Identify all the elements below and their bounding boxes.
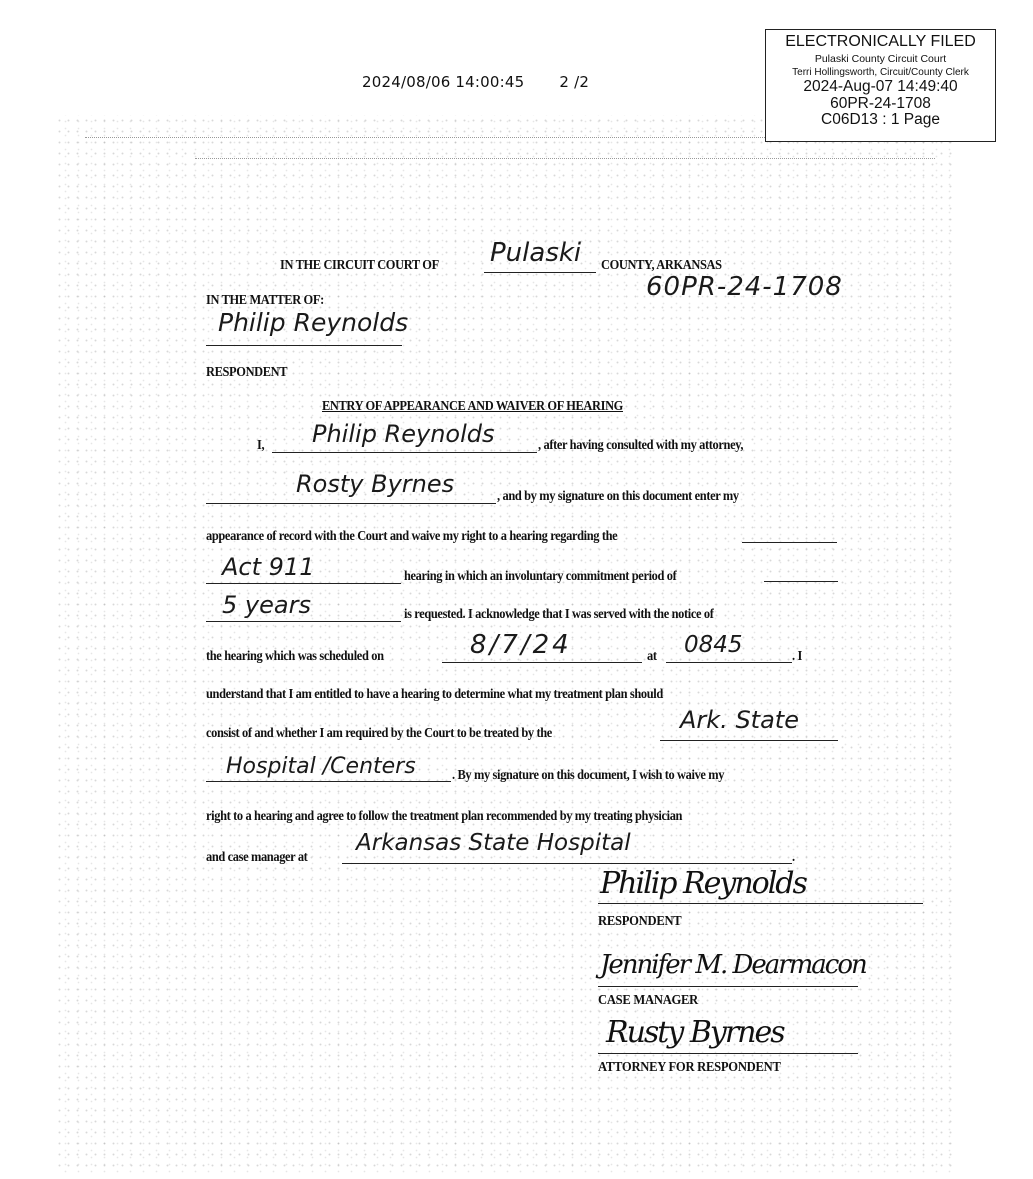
line6-time: 0845	[684, 632, 743, 658]
line6-date: 8/7/24	[470, 630, 572, 660]
line6-at: at	[647, 648, 657, 664]
line3-blank	[742, 542, 837, 543]
fax-artifact-line	[85, 137, 765, 138]
fax-artifact-line	[195, 158, 935, 159]
stamp-court: Pulaski County Circuit Court	[766, 54, 995, 65]
respondent-label: RESPONDENT	[206, 364, 287, 380]
line6-prefix: the hearing which was scheduled on	[206, 648, 384, 664]
fax-timestamp: 2024/08/06 14:00:45	[362, 73, 524, 91]
stamp-doc-info: C06D13 : 1 Page	[766, 112, 995, 128]
line6-suffix: . I	[792, 648, 802, 664]
case-manager-signature-line	[598, 986, 858, 987]
attorney-signature: Rusty Byrnes	[606, 1015, 784, 1050]
line9-fill: Hospital /Centers	[226, 754, 416, 779]
line4-fill: Act 911	[222, 553, 314, 581]
court-suffix: COUNTY, ARKANSAS	[601, 257, 722, 273]
line6-date-blank	[442, 662, 642, 663]
respondent-name-blank	[206, 345, 402, 346]
fax-page-number: 2 /2	[559, 73, 589, 91]
line1-prefix: I,	[257, 437, 264, 453]
line10-text: right to a hearing and agree to follow t…	[206, 808, 682, 824]
matter-label: IN THE MATTER OF:	[206, 292, 324, 308]
attorney-signature-label: ATTORNEY FOR RESPONDENT	[598, 1060, 781, 1076]
line8-prefix: consist of and whether I am required by …	[206, 725, 552, 741]
county-blank	[484, 272, 596, 273]
line2-fill: Rosty Byrnes	[296, 470, 454, 498]
document-title: ENTRY OF APPEARANCE AND WAIVER OF HEARIN…	[322, 398, 623, 414]
line4-blank	[206, 583, 401, 584]
county-handwritten: Pulaski	[490, 238, 581, 268]
attorney-signature-line	[598, 1053, 858, 1054]
line5-suffix: is requested. I acknowledge that I was s…	[404, 606, 713, 622]
respondent-signature: Philip Reynolds	[600, 866, 806, 901]
respondent-name-handwritten: Philip Reynolds	[218, 308, 408, 337]
case-manager-signature-label: CASE MANAGER	[598, 993, 698, 1009]
line11-blank	[342, 863, 792, 864]
respondent-signature-label: RESPONDENT	[598, 914, 681, 930]
line11-prefix: and case manager at	[206, 849, 307, 865]
case-number-handwritten: 60PR-24-1708	[646, 272, 843, 302]
line8-fill: Ark. State	[680, 706, 799, 734]
stamp-title: ELECTRONICALLY FILED	[766, 34, 995, 51]
line11-fill: Arkansas State Hospital	[356, 830, 631, 856]
line6-time-blank	[666, 662, 792, 663]
stamp-clerk: Terri Hollingsworth, Circuit/County Cler…	[766, 68, 995, 79]
court-prefix: IN THE CIRCUIT COURT OF	[280, 257, 439, 273]
line4-suffix: hearing in which an involuntary commitme…	[404, 568, 676, 584]
fax-header: 2024/08/06 14:00:45 2 /2	[362, 73, 589, 91]
line11-suffix: .	[792, 849, 795, 865]
line1-suffix: , after having consulted with my attorne…	[538, 437, 743, 453]
line9-blank	[206, 781, 451, 782]
case-manager-signature: Jennifer M. Dearmacon	[600, 950, 866, 980]
stamp-datetime: 2024-Aug-07 14:49:40	[766, 79, 995, 95]
line8-blank	[660, 740, 838, 741]
line5-fill: 5 years	[222, 591, 311, 619]
line1-fill: Philip Reynolds	[312, 420, 495, 448]
line1-blank	[272, 452, 537, 453]
line9-suffix: . By my signature on this document, I wi…	[452, 767, 724, 783]
stamp-case-number: 60PR-24-1708	[766, 96, 995, 112]
line2-blank	[206, 503, 496, 504]
electronic-filing-stamp: ELECTRONICALLY FILED Pulaski County Circ…	[765, 29, 996, 142]
respondent-signature-line	[598, 903, 923, 904]
line4-end-blank	[764, 581, 838, 582]
line2-suffix: , and by my signature on this document e…	[497, 488, 739, 504]
line5-blank	[206, 621, 401, 622]
line7-text: understand that I am entitled to have a …	[206, 686, 663, 702]
line3-text: appearance of record with the Court and …	[206, 528, 617, 544]
